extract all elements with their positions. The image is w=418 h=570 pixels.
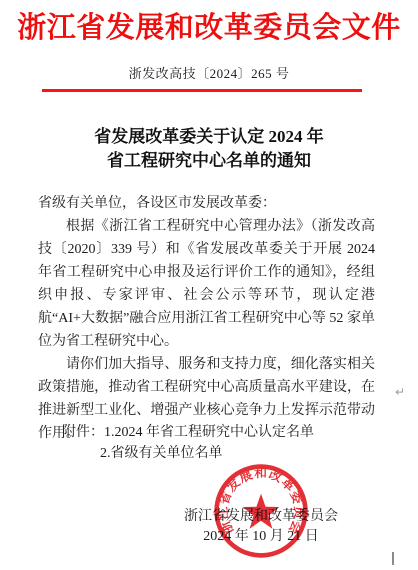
document-body: 省级有关单位，各设区市发展改革委： 根据《浙江省工程研究中心管理办法》（浙发改高… <box>38 192 375 445</box>
attachment-item: 2.省级有关单位名单 <box>100 446 223 461</box>
attachment-label: 附件： <box>62 425 104 440</box>
letterhead-title: 浙江省发展和改革委员会文件 <box>0 5 418 46</box>
document-number: 浙发改高技〔2024〕265 号 <box>0 63 418 82</box>
signature-date: 2024 年 10 月 21 日 <box>183 527 339 547</box>
paragraph-return-mark-icon: ↵ <box>395 385 405 399</box>
attachment-row: 附件：1.2024 年省工程研究中心认定名单 <box>62 422 314 443</box>
attachment-item: 1.2024 年省工程研究中心认定名单 <box>104 425 314 440</box>
attachments-block: 附件：1.2024 年省工程研究中心认定名单 2.省级有关单位名单 <box>62 422 314 464</box>
signature-block: 浙江省发展和改革委员会 2024 年 10 月 21 日 <box>183 507 339 547</box>
subject-title-line2: 省工程研究中心名单的通知 <box>0 149 418 173</box>
signature-org: 浙江省发展和改革委员会 <box>183 507 339 527</box>
text-cursor-mark <box>392 552 394 565</box>
body-paragraph: 根据《浙江省工程研究中心管理办法》（浙发改高技〔2020〕339 号）和《省发展… <box>38 215 375 353</box>
salutation: 省级有关单位，各设区市发展改革委： <box>38 192 375 215</box>
red-divider-line <box>42 89 362 92</box>
subject-title-line1: 省发展改革委关于认定 2024 年 <box>0 125 418 149</box>
attachment-row: 2.省级有关单位名单 <box>100 443 314 464</box>
subject-title: 省发展改革委关于认定 2024 年 省工程研究中心名单的通知 <box>0 125 418 173</box>
document-page: 浙江省发展和改革委员会文件 浙发改高技〔2024〕265 号 省发展改革委关于认… <box>0 0 418 570</box>
